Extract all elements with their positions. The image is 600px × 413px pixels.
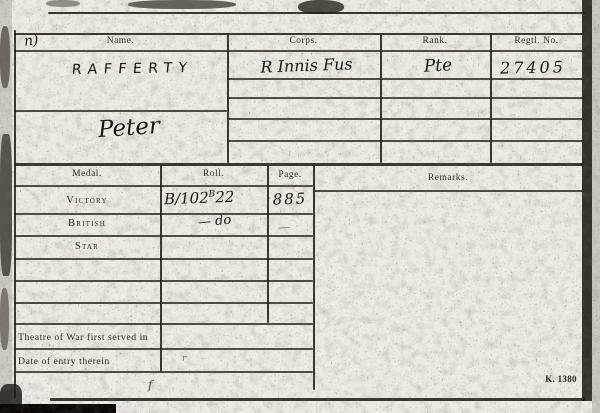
medal-row-victory-label: Victory bbox=[14, 195, 160, 206]
surname-value: RAFFERTY bbox=[71, 60, 194, 78]
left-edge-blot bbox=[0, 288, 9, 350]
card-left-border bbox=[14, 30, 16, 399]
bottom-black-bar bbox=[0, 404, 116, 413]
header-row-top-line bbox=[14, 33, 583, 35]
medal-row-line bbox=[14, 302, 313, 304]
british-page-ditto: — bbox=[278, 220, 291, 235]
corps-column-header: Corps. bbox=[227, 36, 380, 47]
medal-row-line bbox=[14, 280, 313, 282]
medal-header-underline bbox=[14, 185, 313, 187]
medal-row-line bbox=[14, 213, 313, 215]
section-divider bbox=[14, 163, 583, 166]
medal-row-line bbox=[14, 258, 313, 260]
medal-row-line bbox=[14, 235, 313, 237]
remarks-header-underline bbox=[313, 190, 583, 192]
top-edge-blot bbox=[46, 0, 80, 7]
remarks-column-header: Remarks. bbox=[313, 173, 583, 184]
corps-value: R Innis Fus bbox=[244, 54, 370, 77]
page-column-header: Page. bbox=[267, 170, 313, 181]
medal-row-star-label: Star bbox=[14, 241, 160, 252]
entry-row-line bbox=[227, 118, 583, 120]
british-roll-ditto: — do bbox=[197, 213, 231, 231]
medal-column-header: Medal. bbox=[14, 169, 160, 180]
victory-page-value: 885 bbox=[268, 189, 313, 209]
card-bottom-border bbox=[50, 398, 585, 401]
regtl-no-column-header: Regtl. No. bbox=[490, 36, 583, 47]
roll-page-divider bbox=[267, 165, 269, 323]
header-underline bbox=[14, 50, 583, 52]
entry-row-line bbox=[227, 78, 583, 80]
victory-roll-prefix: B/102 bbox=[164, 189, 209, 209]
rank-value: Pte bbox=[418, 55, 459, 77]
name-column-header: Name. bbox=[14, 36, 227, 47]
medal-row-line bbox=[14, 323, 313, 325]
top-edge-blot bbox=[128, 0, 236, 9]
name-cell-divider bbox=[14, 110, 227, 112]
entry-row-line bbox=[227, 97, 583, 99]
victory-roll-value: B/102B22 bbox=[164, 188, 235, 208]
theatre-row-line bbox=[14, 348, 313, 350]
theatre-of-war-label: Theatre of War first served in bbox=[18, 332, 160, 343]
medal-row-british-label: British bbox=[14, 218, 160, 229]
form-code: K. 1380 bbox=[538, 374, 584, 385]
left-edge-blot bbox=[0, 134, 12, 276]
date-of-entry-label: Date of entry therein bbox=[18, 356, 160, 367]
forename-value: Peter bbox=[97, 113, 161, 143]
stray-ink-mark: r bbox=[182, 354, 186, 364]
right-scan-edge bbox=[582, 0, 592, 401]
remarks-divider bbox=[313, 165, 315, 390]
date-row-line bbox=[14, 371, 313, 373]
victory-roll-suffix: 22 bbox=[215, 188, 235, 207]
stray-ink-mark: f bbox=[148, 378, 152, 392]
roll-column-header: Roll. bbox=[160, 169, 267, 180]
rank-column-header: Rank. bbox=[380, 36, 490, 47]
corner-annotation-mark: n) bbox=[23, 32, 39, 49]
right-outer-speckle bbox=[592, 0, 600, 413]
left-edge-blot bbox=[0, 26, 10, 88]
medal-roll-divider bbox=[160, 165, 162, 372]
entry-row-line bbox=[227, 140, 583, 142]
regtl-no-value: 27405 bbox=[497, 57, 569, 77]
scanned-medal-index-card: Name. Corps. Rank. Regtl. No. n) RAFFERT… bbox=[0, 0, 600, 413]
top-edge-blot bbox=[298, 0, 344, 14]
